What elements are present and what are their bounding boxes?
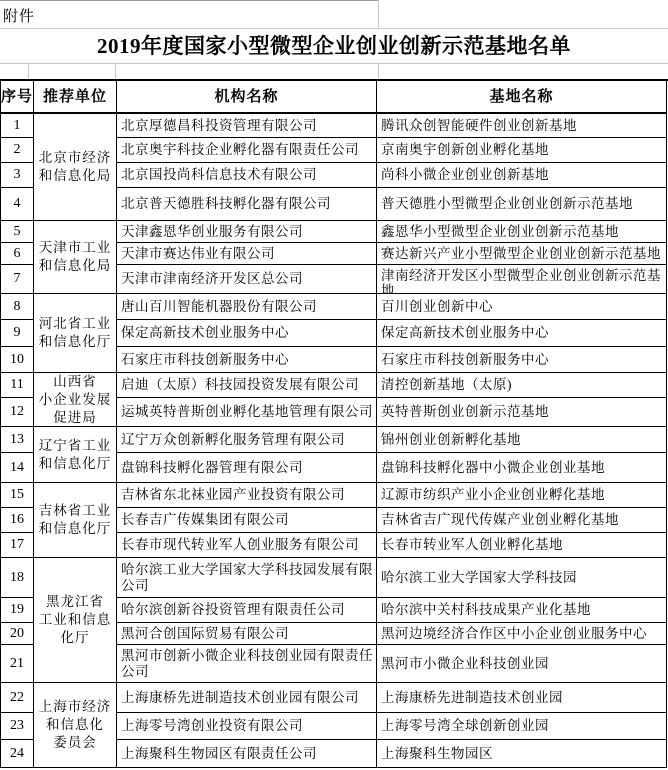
unit-cell: 上海市经济 和信息化 委员会 bbox=[34, 683, 117, 768]
base-cell: 黑河边境经济合作区中小企业创业服务中心 bbox=[377, 623, 667, 645]
base-cell: 黑河市小微企业科技创业园 bbox=[377, 645, 667, 683]
serial-cell: 5 bbox=[1, 221, 34, 243]
serial-cell: 2 bbox=[1, 138, 34, 163]
gridline-vertical-attachment-row bbox=[378, 0, 379, 28]
serial-cell: 22 bbox=[1, 683, 34, 713]
serial-cell: 20 bbox=[1, 623, 34, 645]
serial-cell: 7 bbox=[1, 265, 34, 294]
column-header-1: 序号 bbox=[1, 81, 34, 114]
org-cell: 启迪（太原）科技园投资发展有限公司 bbox=[117, 373, 377, 398]
base-cell: 尚科小微企业创业创新基地 bbox=[377, 163, 667, 188]
unit-cell: 天津市工业 和信息化局 bbox=[34, 221, 117, 294]
unit-cell: 北京市经济 和信息化局 bbox=[34, 114, 117, 221]
unit-cell: 黑龙江省 工业和信息 化厅 bbox=[34, 558, 117, 683]
gridline-vertical-band-2 bbox=[115, 63, 116, 79]
base-cell: 津南经济开发区小型微型企业创业创新示范基 地 bbox=[377, 265, 667, 294]
org-cell: 长春市现代转业军人创业服务有限公司 bbox=[117, 533, 377, 558]
serial-cell: 4 bbox=[1, 188, 34, 221]
serial-cell: 3 bbox=[1, 163, 34, 188]
base-table: 序号推荐单位机构名称基地名称1北京市经济 和信息化局北京厚德昌科投资管理有限公司… bbox=[0, 79, 668, 768]
base-cell: 腾讯众创智能硬件创业创新基地 bbox=[377, 114, 667, 138]
base-cell: 赛达新兴产业小型微型企业创业创新示范基地 bbox=[377, 243, 667, 265]
serial-cell: 12 bbox=[1, 398, 34, 427]
base-cell: 京南奥宇创新创业孵化基地 bbox=[377, 138, 667, 163]
base-cell: 普天德胜小型微型企业创业创新示范基地 bbox=[377, 188, 667, 221]
org-cell: 天津市津南经济开发区总公司 bbox=[117, 265, 377, 294]
gridline-vertical-band-3 bbox=[378, 63, 379, 79]
serial-cell: 9 bbox=[1, 320, 34, 347]
org-cell: 上海聚科生物园区有限责任公司 bbox=[117, 740, 377, 768]
base-cell: 长春市转业军人创业孵化基地 bbox=[377, 533, 667, 558]
org-cell: 北京奥宇科技企业孵化器有限责任公司 bbox=[117, 138, 377, 163]
gridline-under-title-row bbox=[0, 63, 668, 64]
base-cell: 哈尔滨工业大学国家大学科技园 bbox=[377, 558, 667, 598]
base-cell: 辽源市纺织产业小企业创业孵化基地 bbox=[377, 483, 667, 508]
org-cell: 北京厚德昌科投资管理有限公司 bbox=[117, 114, 377, 138]
column-header-4: 基地名称 bbox=[377, 81, 667, 114]
serial-cell: 6 bbox=[1, 243, 34, 265]
org-cell: 上海康桥先进制造技术创业园有限公司 bbox=[117, 683, 377, 713]
org-cell: 天津市赛达伟业有限公司 bbox=[117, 243, 377, 265]
serial-cell: 17 bbox=[1, 533, 34, 558]
base-cell: 哈尔滨中关村科技成果产业化基地 bbox=[377, 598, 667, 623]
serial-cell: 21 bbox=[1, 645, 34, 683]
org-cell: 吉林省东北袜业园产业投资有限公司 bbox=[117, 483, 377, 508]
org-cell: 黑河市创新小微企业科技创业园有限责任 公司 bbox=[117, 645, 377, 683]
base-cell: 盘锦科技孵化器中小微企业创业基地 bbox=[377, 453, 667, 483]
serial-cell: 10 bbox=[1, 347, 34, 373]
org-cell: 石家庄市科技创新服务中心 bbox=[117, 347, 377, 373]
org-cell: 哈尔滨工业大学国家大学科技园发展有限 公司 bbox=[117, 558, 377, 598]
serial-cell: 1 bbox=[1, 114, 34, 138]
org-cell: 黑河合创国际贸易有限公司 bbox=[117, 623, 377, 645]
serial-cell: 14 bbox=[1, 453, 34, 483]
unit-cell: 河北省工业 和信息化厅 bbox=[34, 294, 117, 373]
serial-cell: 8 bbox=[1, 294, 34, 320]
base-cell: 保定高新技术创业服务中心 bbox=[377, 320, 667, 347]
org-cell: 北京国投尚科信息技术有限公司 bbox=[117, 163, 377, 188]
base-cell: 百川创业创新中心 bbox=[377, 294, 667, 320]
serial-cell: 16 bbox=[1, 508, 34, 533]
org-cell: 运城英特普斯创业孵化基地管理有限公司 bbox=[117, 398, 377, 427]
base-cell: 清控创新基地（太原) bbox=[377, 373, 667, 398]
serial-cell: 24 bbox=[1, 740, 34, 768]
serial-cell: 18 bbox=[1, 558, 34, 598]
org-cell: 长春吉广传媒集团有限公司 bbox=[117, 508, 377, 533]
gridline-vertical-band-1 bbox=[28, 63, 29, 79]
unit-cell: 吉林省工业 和信息化厅 bbox=[34, 483, 117, 558]
org-cell: 唐山百川智能机器股份有限公司 bbox=[117, 294, 377, 320]
base-cell: 锦州创业创新孵化基地 bbox=[377, 427, 667, 453]
serial-cell: 11 bbox=[1, 373, 34, 398]
org-cell: 上海零号湾创业投资有限公司 bbox=[117, 713, 377, 740]
base-cell: 上海零号湾全球创新创业园 bbox=[377, 713, 667, 740]
base-cell: 鑫恩华小型微型企业创业创新示范基地 bbox=[377, 221, 667, 243]
page-title: 2019年度国家小型微型企业创业创新示范基地名单 bbox=[0, 28, 668, 63]
base-cell: 上海聚科生物园区 bbox=[377, 740, 667, 768]
gridline-top-segment bbox=[0, 0, 378, 1]
column-header-3: 机构名称 bbox=[117, 81, 377, 114]
serial-cell: 15 bbox=[1, 483, 34, 508]
org-cell: 盘锦科技孵化器管理有限公司 bbox=[117, 453, 377, 483]
serial-cell: 13 bbox=[1, 427, 34, 453]
base-cell: 英特普斯创业创新示范基地 bbox=[377, 398, 667, 427]
org-cell: 保定高新技术创业服务中心 bbox=[117, 320, 377, 347]
org-cell: 哈尔滨创新谷投资管理有限责任公司 bbox=[117, 598, 377, 623]
base-cell: 石家庄市科技创新服务中心 bbox=[377, 347, 667, 373]
base-cell: 上海康桥先进制造技术创业园 bbox=[377, 683, 667, 713]
base-cell: 吉林省吉广现代传媒产业创业孵化基地 bbox=[377, 508, 667, 533]
unit-cell: 山西省 小企业发展 促进局 bbox=[34, 373, 117, 427]
attachment-label: 附件 bbox=[3, 5, 35, 26]
unit-cell: 辽宁省工业 和信息化厅 bbox=[34, 427, 117, 483]
org-cell: 天津鑫恩华创业服务有限公司 bbox=[117, 221, 377, 243]
serial-cell: 23 bbox=[1, 713, 34, 740]
org-cell: 北京普天德胜科技孵化器有限公司 bbox=[117, 188, 377, 221]
column-header-2: 推荐单位 bbox=[34, 81, 117, 114]
org-cell: 辽宁万众创新孵化服务管理有限公司 bbox=[117, 427, 377, 453]
serial-cell: 19 bbox=[1, 598, 34, 623]
